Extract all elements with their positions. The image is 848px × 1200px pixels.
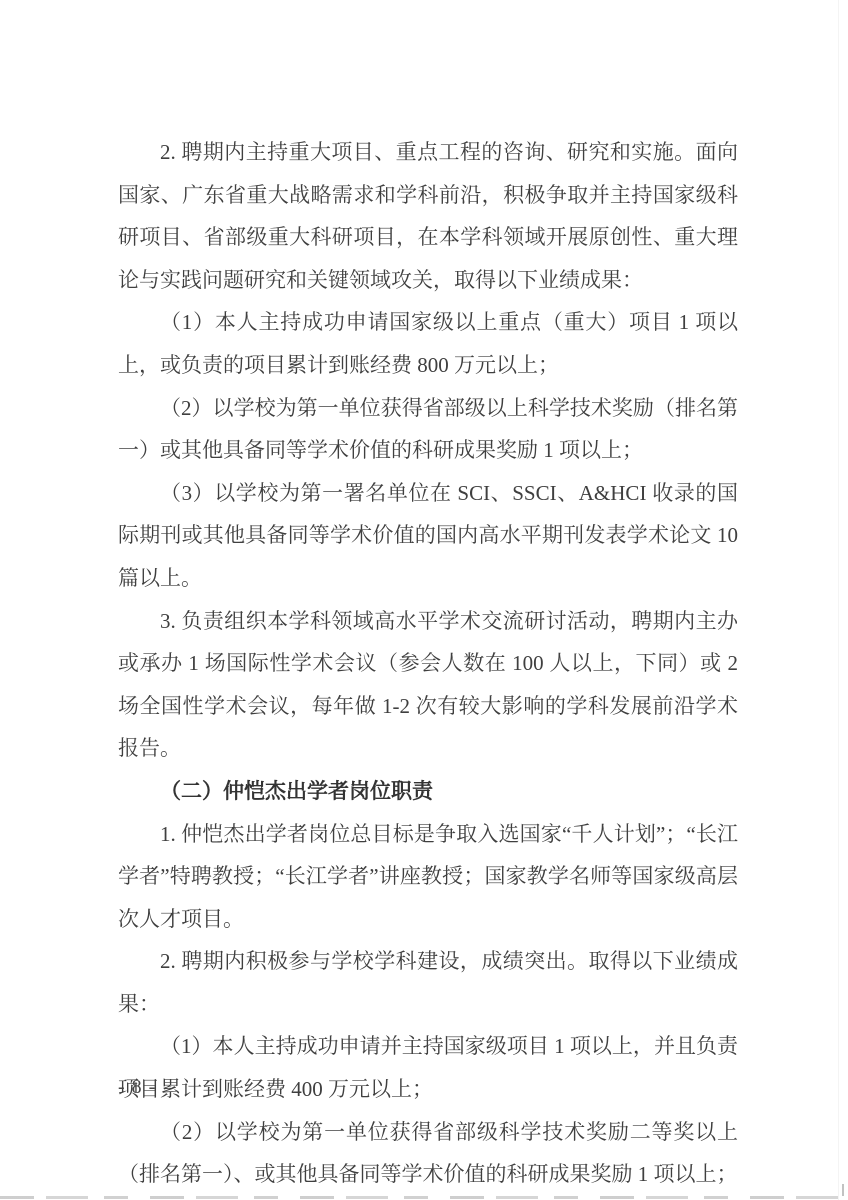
paragraph-duties-item-2: 2. 聘期内主持重大项目、重点工程的咨询、研究和实施。面向国家、广东省重大战略需… xyxy=(118,131,738,301)
section-heading-outstanding-scholar: （二）仲恺杰出学者岗位职责 xyxy=(118,770,738,813)
page-number: - 8 - xyxy=(118,1072,156,1102)
list-item-achievement-3: （3）以学校为第一署名单位在 SCI、SSCI、A&HCI 收录的国际期刊或其他… xyxy=(118,472,738,600)
scan-artifact-right-tick xyxy=(842,1184,844,1196)
paragraph-scholar-duty-2: 2. 聘期内积极参与学校学科建设，成绩突出。取得以下业绩成果： xyxy=(118,940,738,1025)
document-body: 2. 聘期内主持重大项目、重点工程的咨询、研究和实施。面向国家、广东省重大战略需… xyxy=(118,131,738,1196)
list-item-achievement-1: （1）本人主持成功申请国家级以上重点（重大）项目 1 项以上，或负责的项目累计到… xyxy=(118,301,738,386)
paragraph-scholar-goal-1: 1. 仲恺杰出学者岗位总目标是争取入选国家“千人计划”；“长江学者”特聘教授；“… xyxy=(118,813,738,941)
list-item-scholar-achievement-1: （1）本人主持成功申请并主持国家级项目 1 项以上，并且负责项目累计到账经费 4… xyxy=(118,1025,738,1110)
paragraph-duties-item-3: 3. 负责组织本学科领域高水平学术交流研讨活动，聘期内主办或承办 1 场国际性学… xyxy=(118,600,738,770)
document-page: 2. 聘期内主持重大项目、重点工程的咨询、研究和实施。面向国家、广东省重大战略需… xyxy=(0,0,848,1200)
scan-artifact-bottom-line xyxy=(0,1196,848,1199)
list-item-scholar-achievement-2: （2）以学校为第一单位获得省部级科学技术奖励二等奖以上（排名第一）、或其他具备同… xyxy=(118,1111,738,1196)
scan-artifact-right-edge xyxy=(838,0,839,1200)
list-item-achievement-2: （2）以学校为第一单位获得省部级以上科学技术奖励（排名第一）或其他具备同等学术价… xyxy=(118,387,738,472)
